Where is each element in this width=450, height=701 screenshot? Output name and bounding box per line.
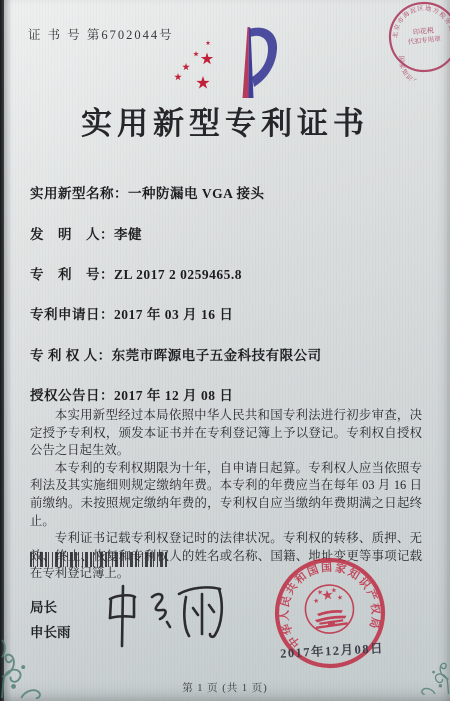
field-label: 专 利 号：	[30, 267, 114, 282]
field-value: 2017 年 12 月 08 日	[114, 388, 233, 403]
field-value: 李健	[114, 227, 142, 242]
field-value: 一种防漏电 VGA 接头	[128, 186, 265, 201]
field-label: 实用新型名称：	[30, 186, 128, 201]
certificate-number: 证 书 号 第6702044号	[28, 25, 174, 43]
field-value: 2017 年 03 月 16 日	[114, 307, 233, 322]
body-paragraph-2: 本专利的专利权期限为十年，自申请日起算。专利权人应当依照专利法及其实施细则规定缴…	[30, 460, 422, 530]
national-emblem-icon	[302, 582, 356, 636]
field-label: 发 明 人：	[30, 227, 114, 242]
seal-ring-text: 中华人民共和国国家知识产权局	[270, 553, 387, 652]
field-grant-date: 授权公告日：2017 年 12 月 08 日	[30, 384, 422, 404]
field-label: 专 利 权 人：	[30, 348, 112, 363]
patent-certificate-photo: 证 书 号 第6702044号 北京市海淀区地方税务局 国家知识产权局	[0, 0, 450, 701]
signer-title: 局长	[30, 596, 57, 616]
field-inventor: 发 明 人：李健	[30, 223, 422, 243]
barcode-icon	[30, 552, 167, 567]
handwritten-signature-icon	[103, 572, 243, 652]
svg-text:国家知识产权局: 国家知识产权局	[397, 52, 433, 83]
page-number-footer: 第 1 页 (共 1 页)	[0, 680, 450, 695]
field-label: 授权公告日：	[30, 388, 114, 403]
field-value: 东莞市晖源电子五金科技有限公司	[112, 348, 322, 363]
svg-text:中华人民共和国国家知识产权局: 中华人民共和国国家知识产权局	[270, 553, 387, 652]
field-utility-model-name: 实用新型名称：一种防漏电 VGA 接头	[30, 182, 422, 202]
tax-stamp-center-line1: 印花税	[412, 25, 434, 36]
field-value: ZL 2017 2 0259465.8	[114, 267, 242, 282]
certificate-title: 实用新型专利证书	[0, 98, 450, 143]
field-filing-date: 专利申请日：2017 年 03 月 16 日	[30, 303, 422, 323]
field-label: 专利申请日：	[30, 307, 114, 322]
body-paragraph-1: 本实用新型经过本局依照中华人民共和国专利法进行初步审查，决定授予专利权，颁发本证…	[30, 407, 422, 460]
field-patent-number: 专 利 号：ZL 2017 2 0259465.8	[30, 263, 422, 283]
cnipa-logo-icon	[170, 24, 280, 106]
stamp-duty-seal-icon: 北京市海淀区地方税务局 国家知识产权局 印花税 代扣专用章	[378, 0, 450, 83]
tax-stamp-bottom-text: 国家知识产权局	[397, 52, 433, 83]
field-patentee: 专 利 权 人：东莞市晖源电子五金科技有限公司	[30, 344, 422, 364]
